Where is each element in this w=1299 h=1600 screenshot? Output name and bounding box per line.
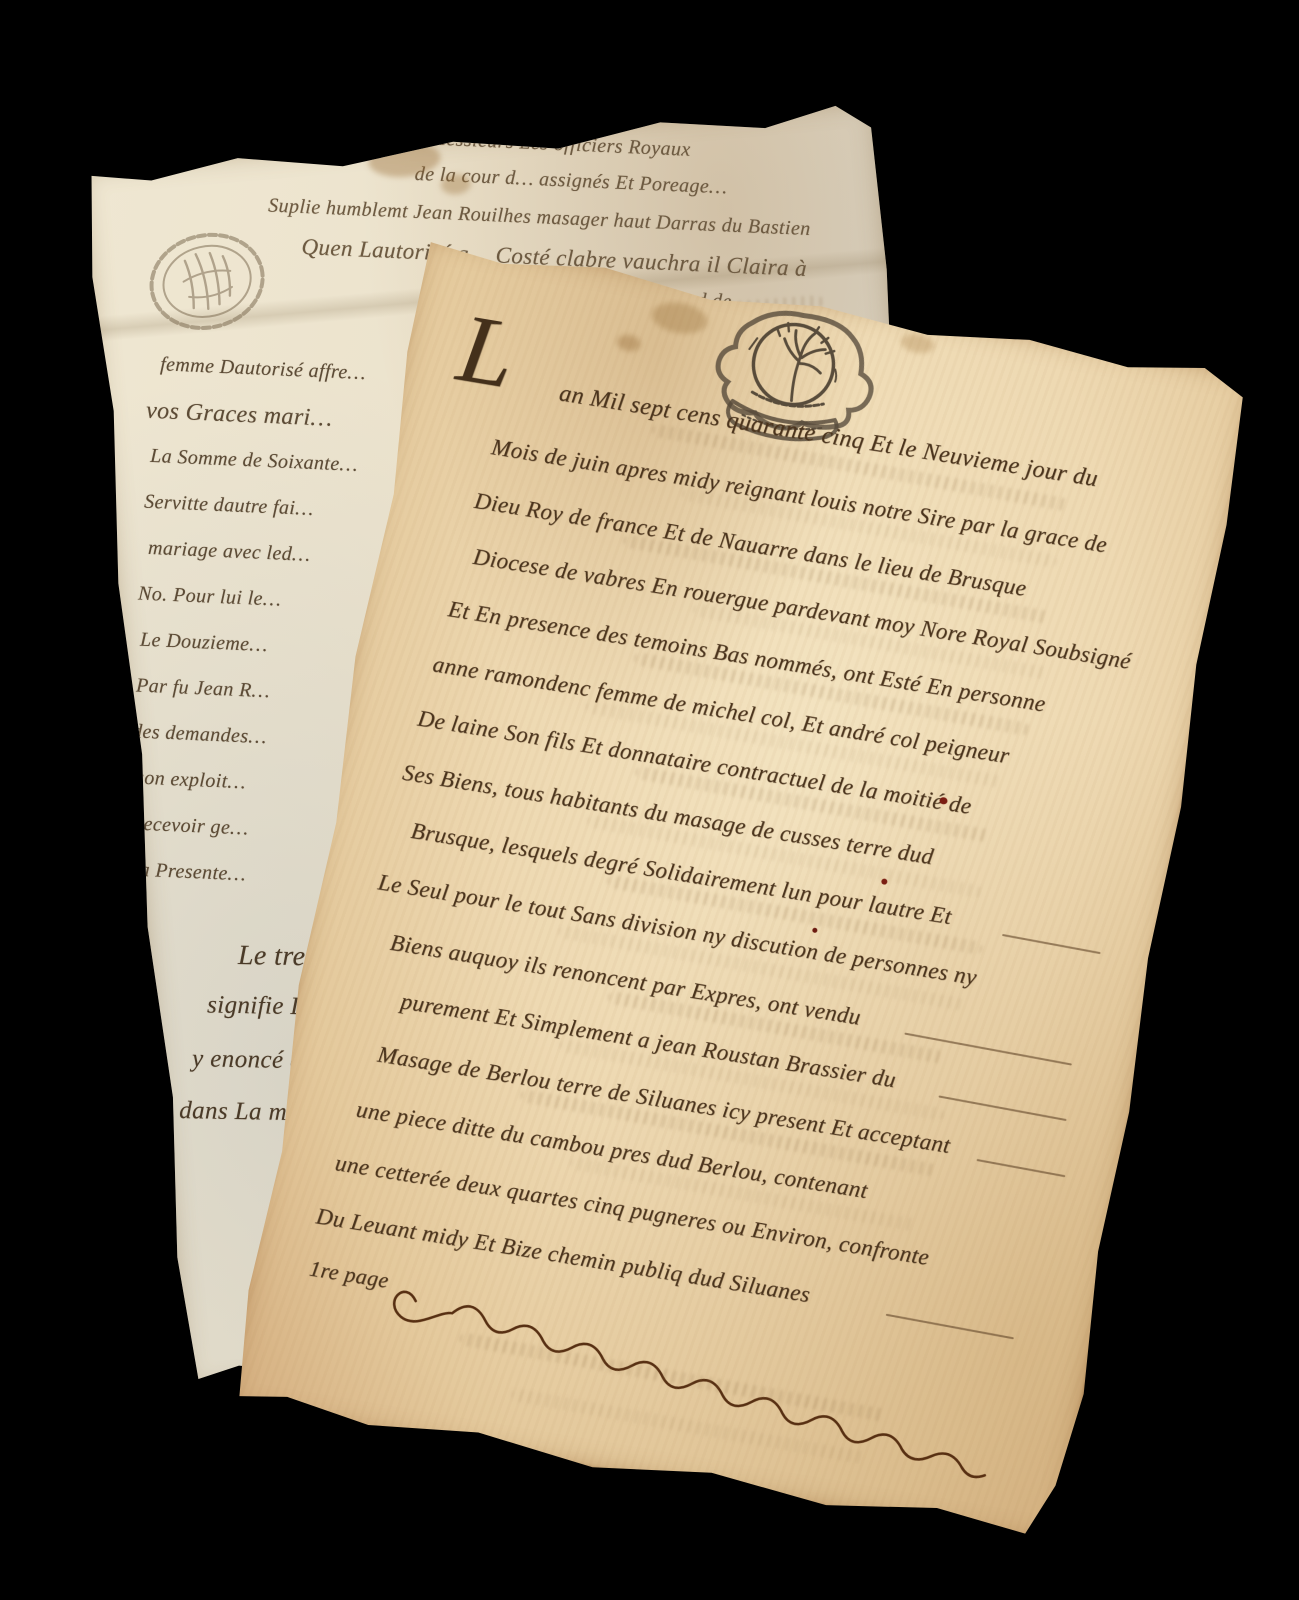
manuscript-line: La Somme de Soixante… [150,445,359,477]
manuscript-line: son exploit… [136,767,247,795]
manuscript-line: La Presente… [128,858,247,886]
manuscript-line: vos Graces mari… [146,398,333,433]
paper-stain [899,332,936,355]
manuscript-line: Servitte dautre fai… [144,491,314,521]
manuscript-line: femme Dautorisé affre… [160,353,367,385]
trailing-rule [938,1095,1066,1121]
manuscript-line: Par fu Jean R… [136,675,271,704]
paper-stain [649,299,709,338]
manuscript-line: recevoir ge… [136,813,249,841]
ink-spot [812,927,818,933]
paper-stain [616,333,642,353]
manuscript-line: Le Douzieme… [140,629,268,658]
manuscript-line: Suplie humblemt Jean Rouilhes masager ha… [268,194,811,241]
trailing-rule [977,1159,1066,1177]
manuscript-line: des demandes… [132,720,268,749]
opening-initial: L [453,308,520,396]
manuscript-line: No. Pour lui le… [138,583,282,612]
page-marker: 1re page [308,1256,391,1294]
photo-scene: Nous Messieurs Les officiers Royaux de l… [0,0,1299,1600]
trailing-rule [886,1314,1014,1340]
trailing-rule [1002,934,1101,954]
manuscript-line: mariage avec led… [148,537,311,567]
